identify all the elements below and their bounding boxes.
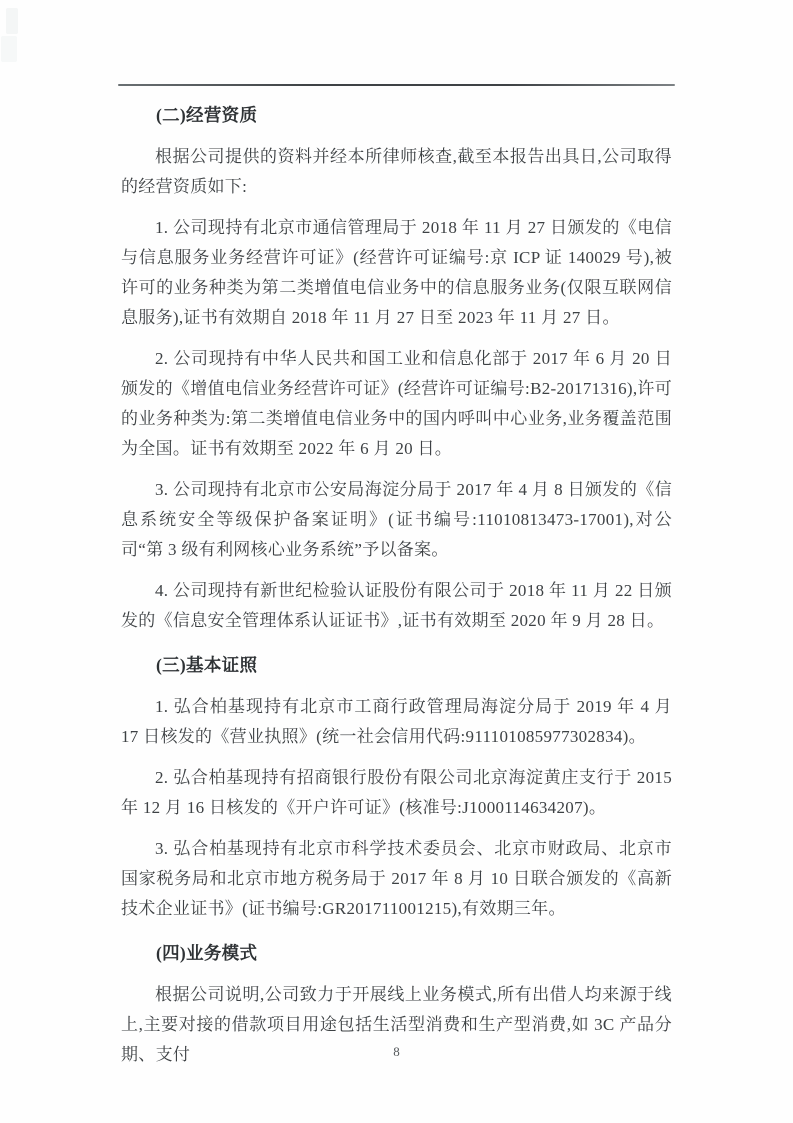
paragraph-license-security-filing: 3. 公司现持有北京市公安局海淀分局于 2017 年 4 月 8 日颁发的《信息… [121, 475, 672, 565]
page-number: 8 [0, 1042, 793, 1062]
section-heading-business-qualifications: (二)经营资质 [121, 100, 672, 130]
scan-artifact [1, 36, 17, 62]
paragraph-license-value-added-telecom: 2. 公司现持有中华人民共和国工业和信息化部于 2017 年 6 月 20 日颁… [121, 344, 672, 464]
paragraph-bank-account-permit: 2. 弘合柏基现持有招商银行股份有限公司北京海淀黄庄支行于 2015 年 12 … [121, 763, 672, 823]
paragraph-license-telecom-info-service: 1. 公司现持有北京市通信管理局于 2018 年 11 月 27 日颁发的《电信… [121, 213, 672, 333]
scan-artifact [6, 8, 18, 34]
paragraph-license-infosec-cert: 4. 公司现持有新世纪检验认证股份有限公司于 2018 年 11 月 22 日颁… [121, 576, 672, 636]
paragraph-intro: 根据公司提供的资料并经本所律师核查,截至本报告出具日,公司取得的经营资质如下: [121, 142, 672, 202]
section-heading-basic-certificates: (三)基本证照 [121, 650, 672, 680]
section-heading-business-model: (四)业务模式 [121, 938, 672, 968]
paragraph-business-license: 1. 弘合柏基现持有北京市工商行政管理局海淀分局于 2019 年 4 月 17 … [121, 692, 672, 752]
paragraph-high-tech-certificate: 3. 弘合柏基现持有北京市科学技术委员会、北京市财政局、北京市国家税务局和北京市… [121, 834, 672, 924]
document-page: (二)经营资质 根据公司提供的资料并经本所律师核查,截至本报告出具日,公司取得的… [0, 0, 793, 1123]
document-body: (二)经营资质 根据公司提供的资料并经本所律师核查,截至本报告出具日,公司取得的… [121, 86, 672, 1081]
